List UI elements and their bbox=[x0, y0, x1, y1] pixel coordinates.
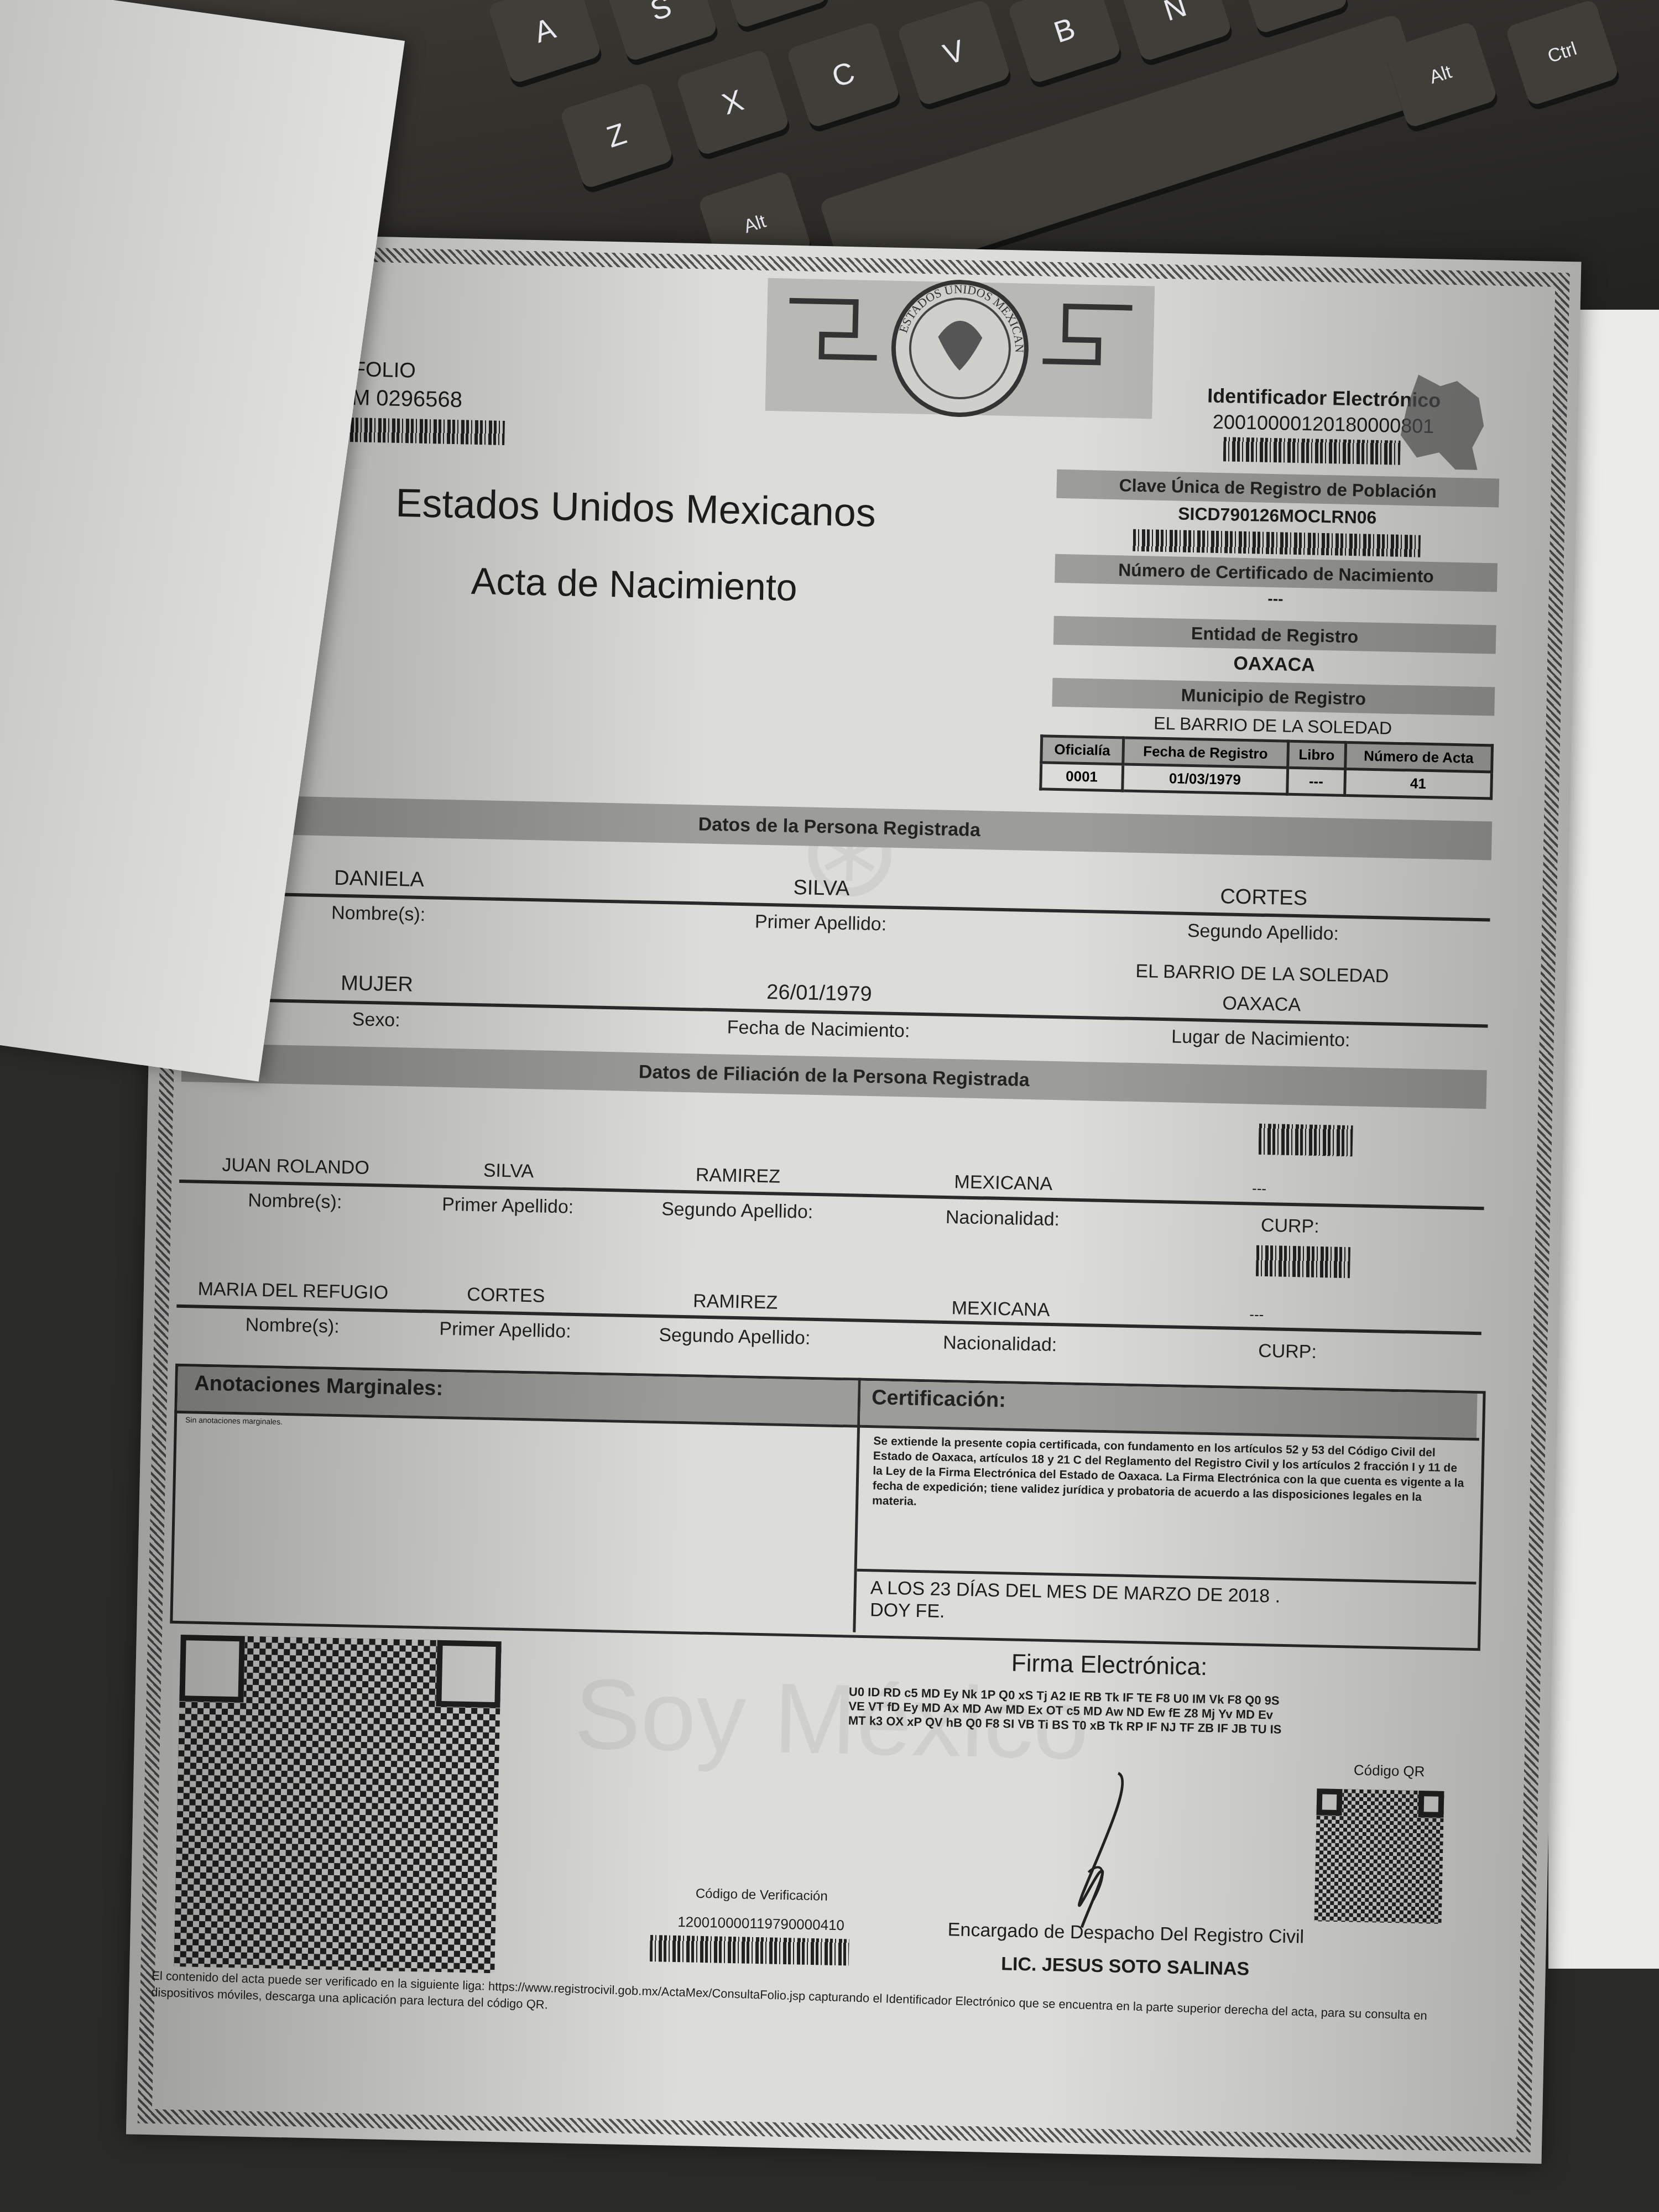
certificacion-text: Se extiende la presente copia certificad… bbox=[872, 1433, 1465, 1520]
label-sexo: Sexo: bbox=[238, 1006, 515, 1034]
key-x: X bbox=[675, 48, 790, 156]
padre-primer-apellido: SILVA bbox=[417, 1159, 600, 1184]
table-header: Fecha de Registro bbox=[1123, 738, 1288, 768]
table-header: Número de Acta bbox=[1345, 742, 1492, 772]
label-madre-primer-apellido: Primer Apellido: bbox=[414, 1318, 597, 1343]
curp-padre-barcode bbox=[1259, 1124, 1353, 1157]
label-padre-curp: CURP: bbox=[1207, 1214, 1373, 1239]
label-segundo-apellido: Segundo Apellido: bbox=[1125, 919, 1402, 946]
key-ctrl: Ctrl bbox=[1505, 0, 1620, 107]
madre-nombre: MARIA DEL REFUGIO bbox=[177, 1278, 410, 1305]
padre-segundo-apellido: RAMIREZ bbox=[622, 1163, 854, 1190]
key-b: B bbox=[1007, 0, 1122, 85]
birth-certificate: ESTADOS UNIDOS MEXICANOS FOLIO RCEM 0296… bbox=[126, 232, 1581, 2164]
label-madre-curp: CURP: bbox=[1204, 1339, 1371, 1364]
madre-segundo-apellido: RAMIREZ bbox=[619, 1289, 852, 1316]
small-qr-code[interactable] bbox=[1314, 1788, 1444, 1924]
key-m: M bbox=[1234, 0, 1349, 35]
madre-primer-apellido: CORTES bbox=[414, 1283, 597, 1308]
madre-nacionalidad: MEXICANA bbox=[884, 1296, 1117, 1323]
large-qr-code[interactable] bbox=[174, 1635, 501, 1973]
label-fecha-nacimiento: Fecha de Nacimiento: bbox=[680, 1016, 957, 1043]
label-padre-nombre: Nombre(s): bbox=[179, 1188, 411, 1215]
label-padre-primer-apellido: Primer Apellido: bbox=[416, 1193, 599, 1219]
persona-fecha-nacimiento: 26/01/1979 bbox=[681, 979, 958, 1008]
label-madre-nombre: Nombre(s): bbox=[176, 1313, 409, 1339]
key-v: V bbox=[896, 0, 1011, 107]
key-d: D bbox=[714, 0, 829, 29]
key-a: A bbox=[487, 0, 602, 85]
curp-label: Clave Única de Registro de Población bbox=[1056, 469, 1499, 508]
country-title: Estados Unidos Mexicanos bbox=[359, 479, 912, 536]
state-map-icon bbox=[1383, 368, 1496, 476]
verificacion-label: Código de Verificación bbox=[596, 1884, 927, 1907]
persona-sexo: MUJER bbox=[238, 969, 515, 999]
entidad-value: OAXACA bbox=[1053, 649, 1496, 680]
filiacion-section-title: Datos de Filiación de la Persona Registr… bbox=[181, 1043, 1487, 1109]
table-header: Oficialía bbox=[1041, 736, 1124, 764]
label-lugar-nacimiento: Lugar de Nacimiento: bbox=[1067, 1024, 1455, 1053]
municipio-label: Municipio de Registro bbox=[1052, 678, 1495, 716]
certificado-label: Número de Certificado de Nacimiento bbox=[1055, 554, 1498, 592]
padre-nombre: JUAN ROLANDO bbox=[179, 1154, 412, 1180]
key-z: Z bbox=[559, 81, 674, 189]
lugar-nacimiento-line2: OAXACA bbox=[1068, 989, 1455, 1019]
label-padre-nacionalidad: Nacionalidad: bbox=[886, 1206, 1119, 1232]
lugar-nacimiento-line1: EL BARRIO DE LA SOLEDAD bbox=[1068, 959, 1456, 989]
key-n: N bbox=[1118, 0, 1233, 62]
entidad-label: Entidad de Registro bbox=[1053, 616, 1496, 654]
document-title: Acta de Nacimiento bbox=[357, 557, 911, 612]
table-header: Libro bbox=[1287, 741, 1345, 769]
verificacion-value: 120010000119790000410 bbox=[595, 1912, 927, 1936]
label-madre-nacionalidad: Nacionalidad: bbox=[884, 1331, 1117, 1358]
label-madre-segundo-apellido: Segundo Apellido: bbox=[618, 1324, 851, 1350]
numero-acta-cell: 41 bbox=[1344, 769, 1491, 799]
verificacion-barcode bbox=[650, 1935, 849, 1966]
identificador-barcode bbox=[1223, 437, 1401, 465]
key-c: C bbox=[786, 20, 901, 128]
padre-curp: --- bbox=[1208, 1179, 1363, 1199]
encargado-name: LIC. JESUS SOTO SALINAS bbox=[926, 1952, 1324, 1981]
signature-icon bbox=[1048, 1766, 1162, 1934]
encargado-title: Encargado de Despacho Del Registro Civil bbox=[927, 1918, 1326, 1948]
padre-nacionalidad: MEXICANA bbox=[887, 1170, 1120, 1197]
madre-curp: --- bbox=[1205, 1305, 1360, 1326]
curp-barcode bbox=[1133, 529, 1421, 557]
curp-madre-barcode bbox=[1256, 1245, 1350, 1279]
label-padre-segundo-apellido: Segundo Apellido: bbox=[621, 1198, 854, 1224]
national-seal-icon: ESTADOS UNIDOS MEXICANOS bbox=[765, 267, 1155, 430]
codigo-qr-label: Código QR bbox=[1306, 1761, 1473, 1781]
key-s: S bbox=[603, 0, 718, 62]
